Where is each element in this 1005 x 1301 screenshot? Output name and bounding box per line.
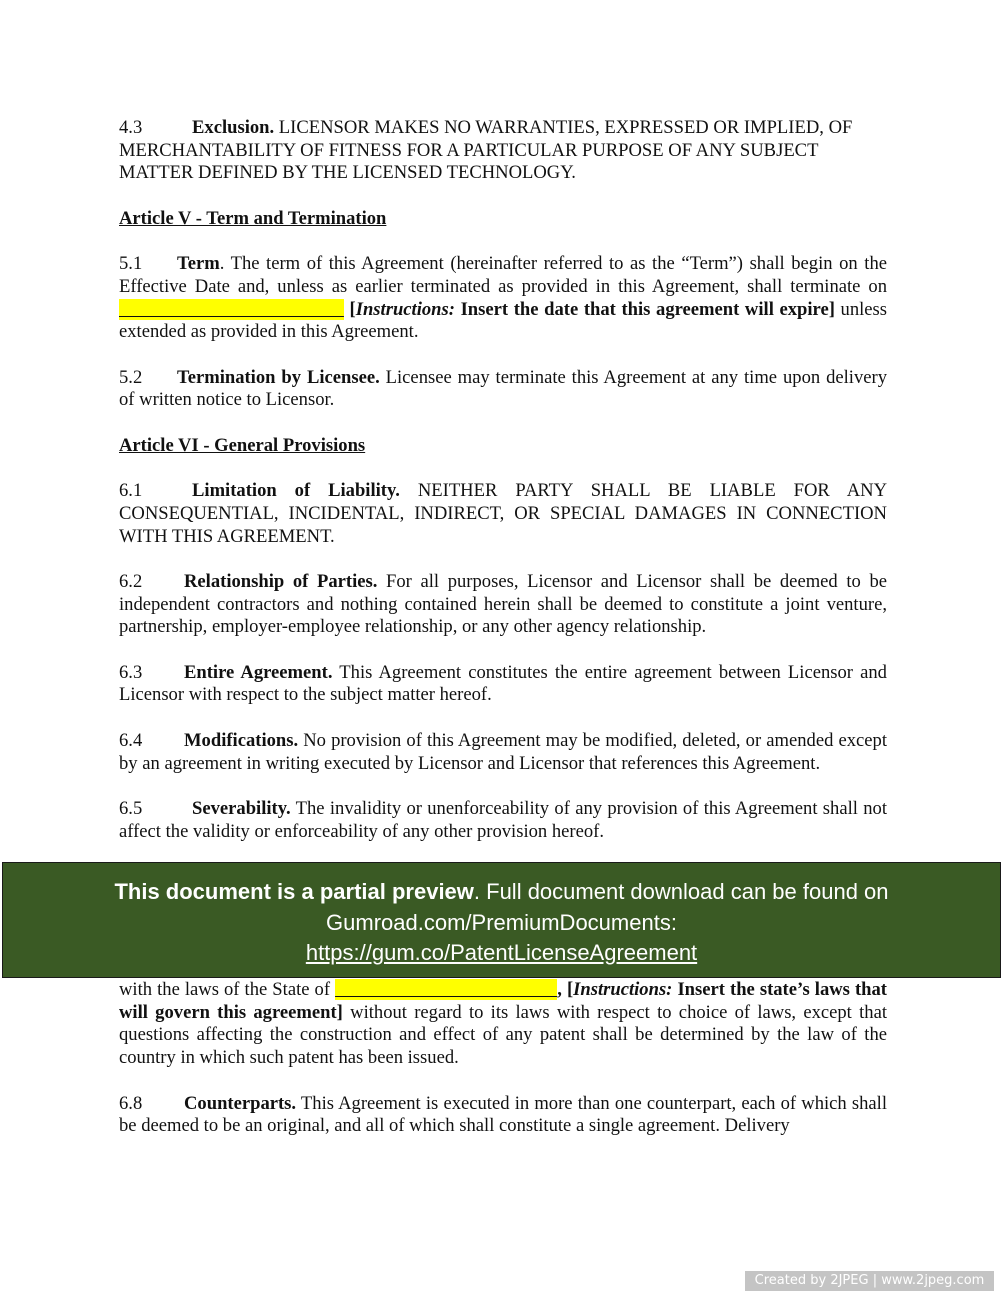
- banner-bold-text: This document is a partial preview: [114, 879, 473, 904]
- section-6-8: 6.8Counterparts. This Agreement is execu…: [119, 1093, 887, 1138]
- watermark: Created by 2JPEG | www.2jpeg.com: [745, 1271, 994, 1291]
- section-number: 6.2: [119, 571, 184, 594]
- banner-line-2: Gumroad.com/PremiumDocuments:: [3, 908, 1000, 939]
- section-6-1: 6.1Limitation of Liability. NEITHER PART…: [119, 480, 887, 548]
- section-6-3: 6.3Entire Agreement. This Agreement cons…: [119, 662, 887, 707]
- state-fill-blank[interactable]: [335, 979, 557, 1000]
- instruction-bracket: , [: [557, 979, 573, 1000]
- document-page: 4.3Exclusion. LICENSOR MAKES NO WARRANTI…: [119, 117, 887, 1161]
- preview-banner: This document is a partial preview. Full…: [2, 862, 1001, 978]
- section-title: Term: [177, 253, 220, 274]
- section-5-1: 5.1Term. The term of this Agreement (her…: [119, 253, 887, 344]
- section-title: Counterparts.: [184, 1093, 296, 1114]
- section-title: Entire Agreement.: [184, 662, 332, 683]
- section-number: 4.3: [119, 117, 192, 140]
- section-number: 6.1: [119, 480, 192, 503]
- instruction-text: Insert the date that this agreement will…: [455, 299, 835, 320]
- section-5-2: 5.2Termination by Licensee. Licensee may…: [119, 367, 887, 412]
- section-6-5: 6.5Severability. The invalidity or unenf…: [119, 798, 887, 843]
- section-4-3: 4.3Exclusion. LICENSOR MAKES NO WARRANTI…: [119, 117, 887, 185]
- banner-line-1: This document is a partial preview. Full…: [3, 877, 1000, 908]
- banner-text: . Full document download can be found on: [474, 879, 889, 904]
- section-number: 6.3: [119, 662, 184, 685]
- section-title: Limitation of Liability.: [192, 480, 400, 501]
- section-title: Exclusion.: [192, 117, 274, 138]
- section-number: 6.8: [119, 1093, 184, 1116]
- download-link[interactable]: https://gum.co/PatentLicenseAgreement: [306, 940, 697, 965]
- section-number: 6.5: [119, 798, 192, 821]
- section-title: Termination by Licensee.: [177, 367, 380, 388]
- section-number: 5.2: [119, 367, 177, 390]
- article-vi-heading: Article VI - General Provisions: [119, 435, 887, 458]
- section-title: Severability.: [192, 798, 291, 819]
- instruction-bracket: [: [344, 299, 356, 320]
- section-6-2: 6.2Relationship of Parties. For all purp…: [119, 571, 887, 639]
- section-title: Modifications.: [184, 730, 298, 751]
- instruction-label: Instructions:: [356, 299, 455, 320]
- instruction-label: Instructions:: [573, 979, 672, 1000]
- section-6-4: 6.4Modifications. No provision of this A…: [119, 730, 887, 775]
- section-number: 5.1: [119, 253, 177, 276]
- section-title: Relationship of Parties.: [184, 571, 377, 592]
- article-v-heading: Article V - Term and Termination: [119, 208, 887, 231]
- section-text: . The term of this Agreement (hereinafte…: [119, 253, 887, 297]
- date-fill-blank[interactable]: [119, 299, 344, 320]
- section-number: 6.4: [119, 730, 184, 753]
